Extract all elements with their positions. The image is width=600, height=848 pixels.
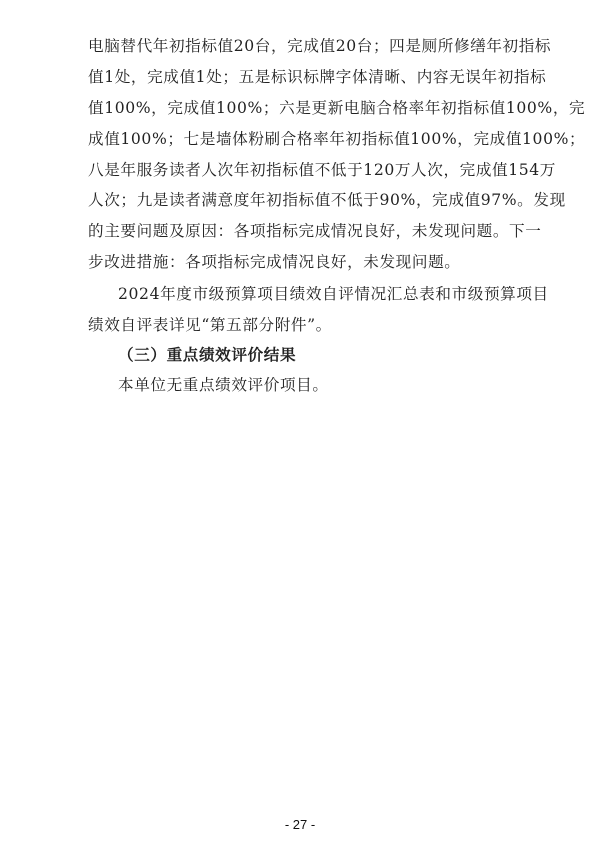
- page-number: - 27 -: [0, 817, 600, 832]
- body-text-line: 人次；九是读者满意度年初指标值不低于90%，完成值97%。发现: [88, 190, 520, 210]
- section-heading: （三）重点绩效评价结果: [118, 345, 418, 365]
- body-text-line: 绩效自评表详见“第五部分附件”。: [88, 315, 520, 335]
- body-text-line: 的主要问题及原因：各项指标完成情况良好，未发现问题。下一: [88, 221, 520, 241]
- body-text-line: 本单位无重点绩效评价项目。: [118, 375, 520, 395]
- body-text-line: 成值100%；七是墙体粉刷合格率年初指标值100%，完成值100%；: [88, 129, 520, 149]
- body-text-line: 2024年度市级预算项目绩效自评情况汇总表和市级预算项目: [118, 284, 520, 304]
- body-text-line: 步改进措施：各项指标完成情况良好，未发现问题。: [88, 252, 520, 272]
- body-text-line: 值1处，完成值1处；五是标识标牌字体清晰、内容无误年初指标: [88, 67, 520, 87]
- body-text-line: 八是年服务读者人次年初指标值不低于120万人次，完成值154万: [88, 160, 520, 180]
- body-text-line: 值100%，完成值100%；六是更新电脑合格率年初指标值100%，完: [88, 98, 520, 118]
- body-text-line: 电脑替代年初指标值20台，完成值20台；四是厕所修缮年初指标: [88, 36, 520, 56]
- document-page: 电脑替代年初指标值20台，完成值20台；四是厕所修缮年初指标 值1处，完成值1处…: [0, 0, 600, 848]
